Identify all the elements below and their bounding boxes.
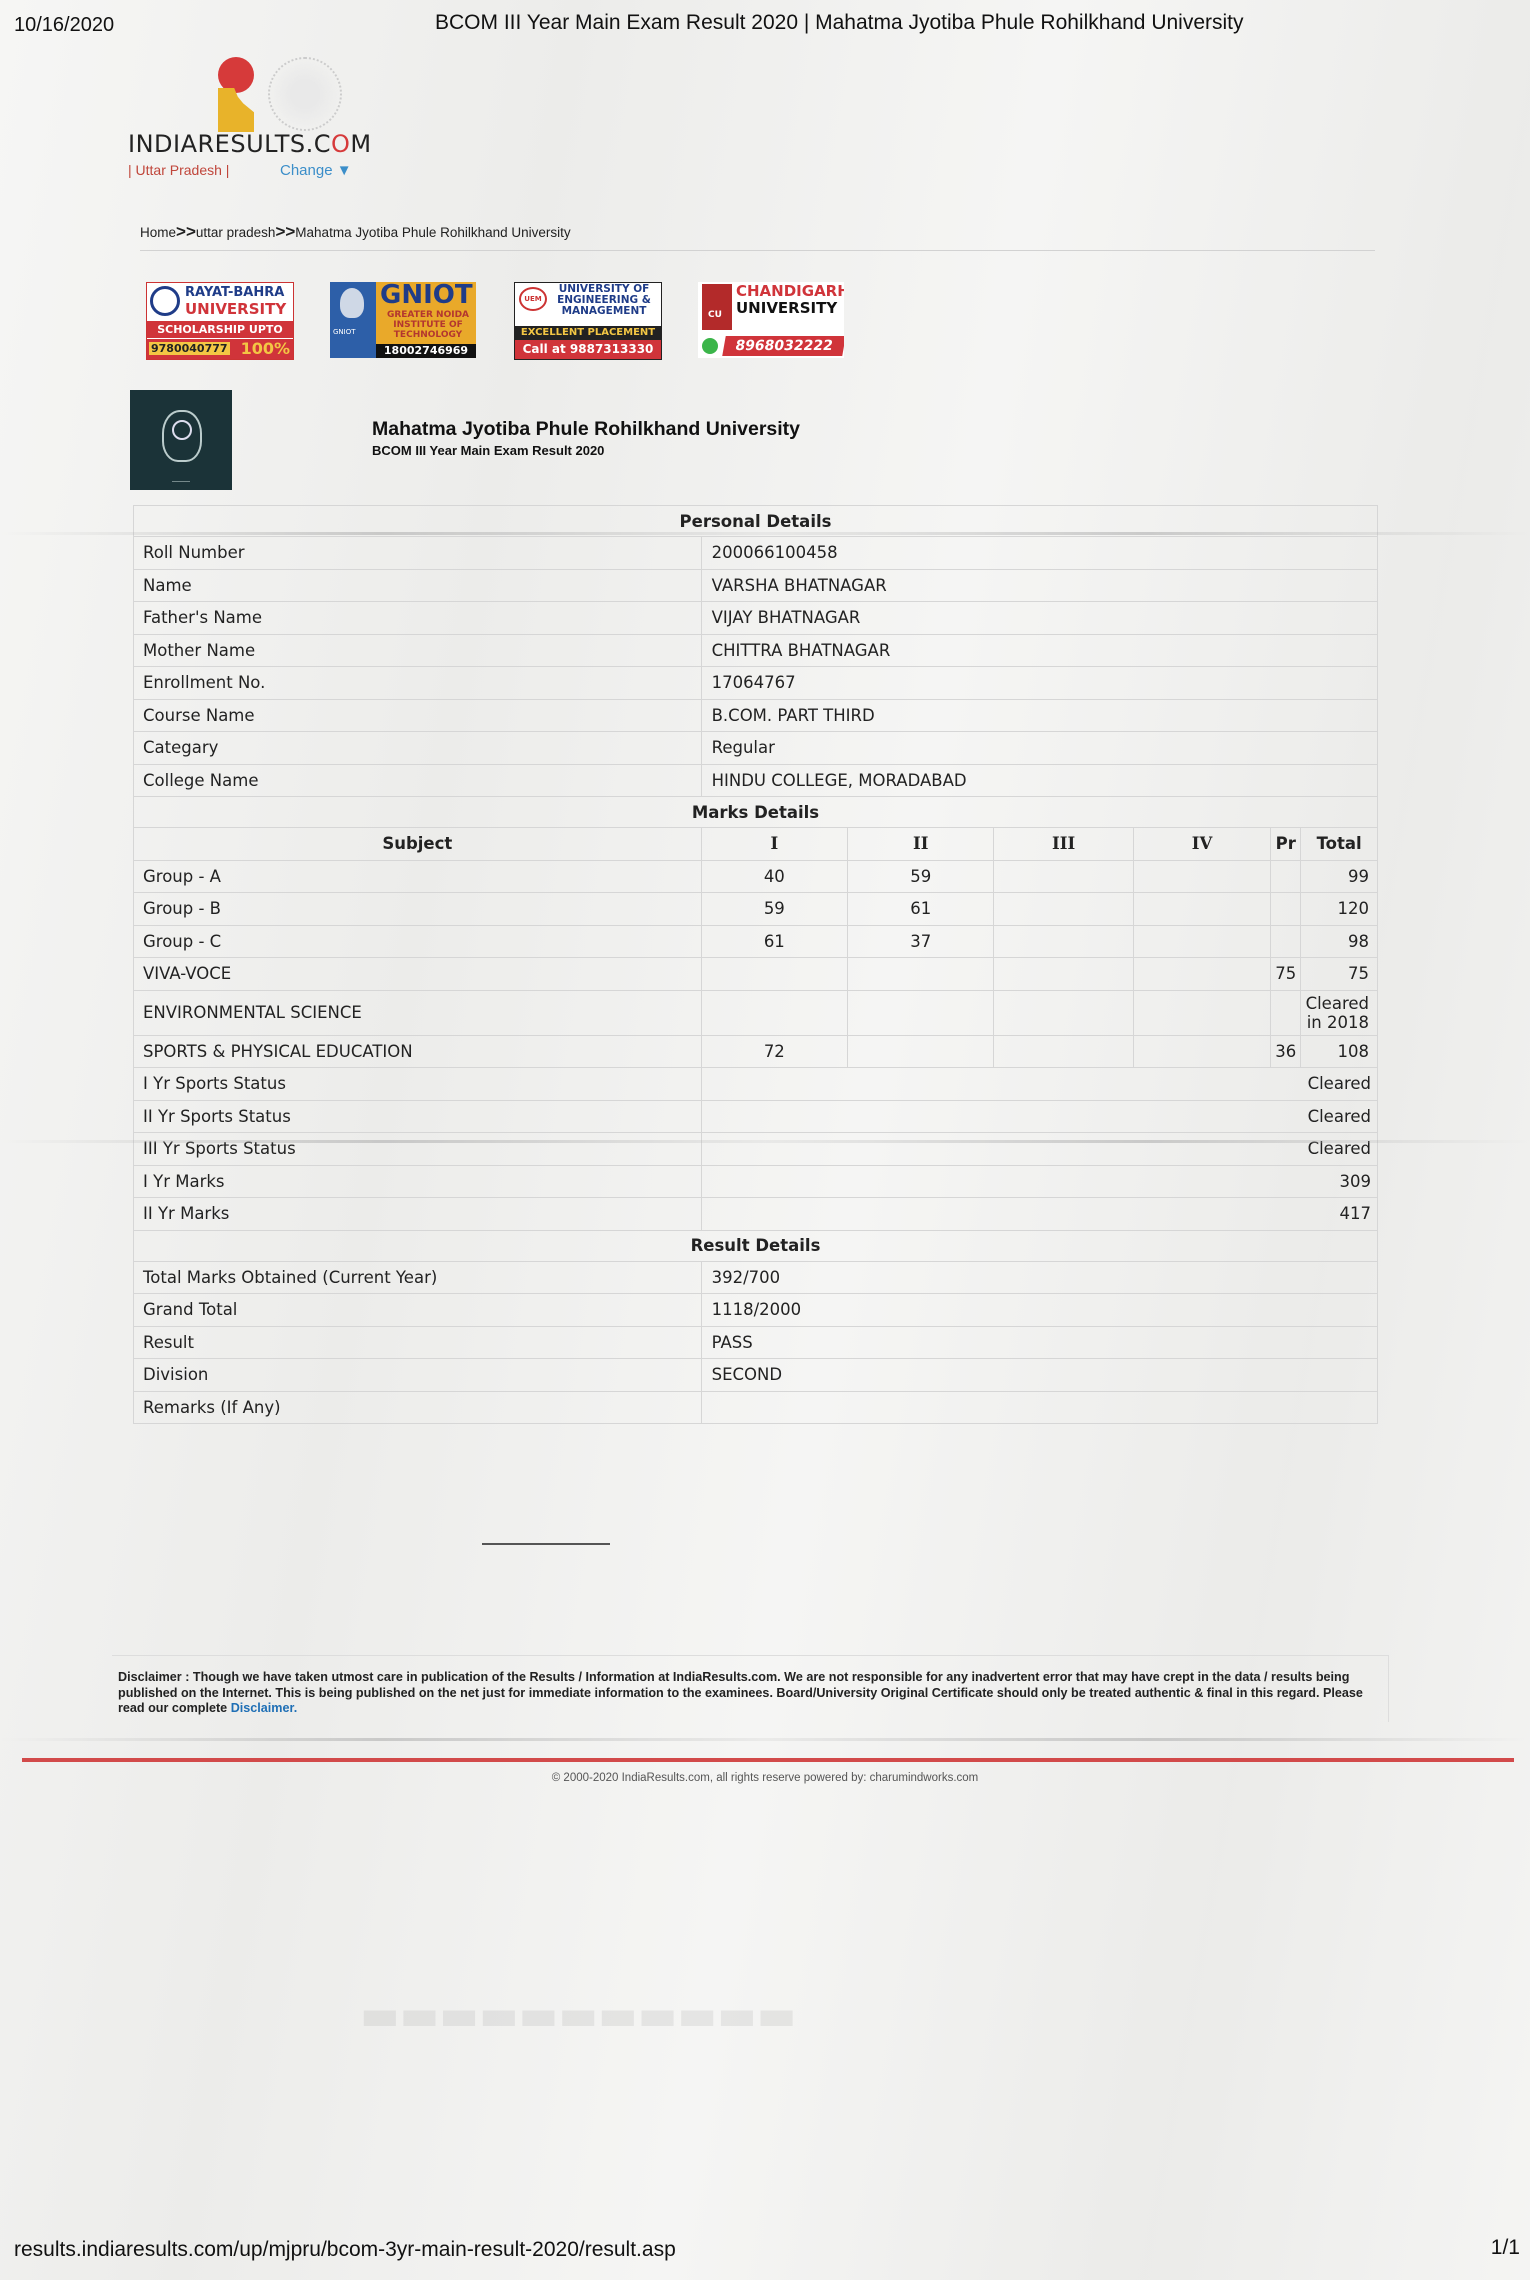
section-header-marks: Marks Details	[134, 797, 1378, 828]
marks-row: SPORTS & PHYSICAL EDUCATION7236108	[134, 1035, 1378, 1068]
result-row: DivisionSECOND	[134, 1359, 1378, 1392]
ad-phone: Call at 9887313330	[515, 340, 661, 359]
ad-chandigarh-university[interactable]: CHANDIGARH UNIVERSITY 8968032222	[698, 282, 844, 358]
logo-bar-icon	[218, 88, 254, 132]
result-value: 392/700	[701, 1261, 1377, 1294]
paper-fold	[0, 1738, 1530, 1741]
section-title: Result Details	[134, 1230, 1378, 1261]
signature-line	[482, 1543, 610, 1545]
divider	[140, 250, 1375, 251]
section-title: Marks Details	[134, 797, 1378, 828]
mark-ii	[848, 1035, 994, 1068]
mark-ii: 59	[848, 860, 994, 893]
mark-i: 40	[701, 860, 847, 893]
mark-i	[701, 990, 847, 1035]
university-title: Mahatma Jyotiba Phule Rohilkhand Univers…	[372, 418, 800, 441]
result-row: Remarks (If Any)	[134, 1391, 1378, 1424]
marks-row: Group - A405999	[134, 860, 1378, 893]
status-value: Cleared	[701, 1100, 1377, 1133]
field-label: Course Name	[134, 699, 702, 732]
marks-row: Group - C613798	[134, 925, 1378, 958]
personal-row: NameVARSHA BHATNAGAR	[134, 569, 1378, 602]
ad-uem[interactable]: UEM UNIVERSITY OF ENGINEERING & MANAGEME…	[514, 282, 662, 360]
status-row: I Yr Sports StatusCleared	[134, 1068, 1378, 1101]
show-through-stamp: ▬▬▬▬▬▬▬▬▬▬▬	[360, 1990, 797, 2039]
result-table: Personal Details Roll Number200066100458…	[133, 505, 1378, 1424]
mark-iv	[1133, 958, 1270, 991]
mark-total: 75	[1301, 958, 1378, 991]
logo-text-part: INDIARESULTS.C	[128, 130, 331, 158]
field-value: HINDU COLLEGE, MORADABAD	[701, 764, 1377, 797]
result-row: ResultPASS	[134, 1326, 1378, 1359]
footer-divider	[22, 1758, 1514, 1762]
breadcrumb-university[interactable]: Mahatma Jyotiba Phule Rohilkhand Univers…	[295, 225, 570, 240]
mark-iii	[994, 1035, 1133, 1068]
ad-side-panel: GNIOT	[330, 282, 376, 358]
col-total: Total	[1301, 828, 1378, 861]
marks-status: I Yr Sports StatusClearedII Yr Sports St…	[134, 1068, 1378, 1231]
ad-title: GNIOT	[380, 282, 473, 310]
result-details: Total Marks Obtained (Current Year)392/7…	[134, 1261, 1378, 1424]
mark-pr	[1271, 860, 1301, 893]
result-value: PASS	[701, 1326, 1377, 1359]
result-row: Total Marks Obtained (Current Year)392/7…	[134, 1261, 1378, 1294]
field-value: B.COM. PART THIRD	[701, 699, 1377, 732]
field-value: CHITTRA BHATNAGAR	[701, 634, 1377, 667]
subject-name: Group - B	[134, 893, 702, 926]
breadcrumb: Home>>uttar pradesh>>Mahatma Jyotiba Phu…	[140, 222, 571, 242]
mark-iii	[994, 958, 1133, 991]
print-title: BCOM III Year Main Exam Result 2020 | Ma…	[435, 11, 1244, 35]
ad-title: CHANDIGARH	[736, 282, 844, 300]
col-ii: II	[848, 828, 994, 861]
mark-pr	[1271, 990, 1301, 1035]
field-label: Roll Number	[134, 537, 702, 570]
personal-row: Enrollment No.17064767	[134, 667, 1378, 700]
logo-text-part: M	[350, 130, 371, 158]
field-value: 200066100458	[701, 537, 1377, 570]
mark-iii	[994, 893, 1133, 926]
result-label: Result	[134, 1326, 702, 1359]
col-iv: IV	[1133, 828, 1270, 861]
subject-name: VIVA-VOCE	[134, 958, 702, 991]
personal-details: Roll Number200066100458NameVARSHA BHATNA…	[134, 537, 1378, 797]
result-value	[701, 1391, 1377, 1424]
status-row: II Yr Marks417	[134, 1198, 1378, 1231]
breadcrumb-separator: >>	[176, 222, 196, 241]
status-value: Cleared	[701, 1068, 1377, 1101]
logo-sun-icon	[218, 57, 254, 93]
breadcrumb-home[interactable]: Home	[140, 225, 176, 240]
ad-phone: 18002746969	[376, 344, 476, 358]
subject-name: ENVIRONMENTAL SCIENCE	[134, 990, 702, 1035]
field-label: Name	[134, 569, 702, 602]
ad-badge: 100%	[241, 339, 290, 358]
wheel-emblem-icon	[162, 410, 202, 462]
mark-pr	[1271, 925, 1301, 958]
field-value: 17064767	[701, 667, 1377, 700]
field-label: Mother Name	[134, 634, 702, 667]
indiaresults-logo[interactable]: INDIARESULTS.COM | Uttar Pradesh | Chang…	[128, 52, 368, 182]
ad-rayat-bahra[interactable]: RAYAT-BAHRA UNIVERSITY SCHOLARSHIP UPTO …	[146, 282, 294, 360]
marks-column-headers: Subject I II III IV Pr Total	[134, 828, 1378, 861]
marks-details: Group - A405999Group - B5961120Group - C…	[134, 860, 1378, 1068]
section-header-personal: Personal Details	[134, 506, 1378, 537]
result-label: Total Marks Obtained (Current Year)	[134, 1261, 702, 1294]
university-seal-icon	[150, 286, 180, 316]
disclaimer-link[interactable]: Disclaimer.	[231, 1701, 298, 1715]
result-label: Remarks (If Any)	[134, 1391, 702, 1424]
copyright: © 2000-2020 IndiaResults.com, all rights…	[0, 1772, 1530, 1784]
ad-subtitle: GREATER NOIDA INSTITUTE OF TECHNOLOGY	[380, 310, 476, 340]
field-value: VARSHA BHATNAGAR	[701, 569, 1377, 602]
uem-seal-icon: UEM	[519, 287, 547, 311]
col-pr: Pr	[1271, 828, 1301, 861]
ad-gniot[interactable]: GNIOT GNIOT GREATER NOIDA INSTITUTE OF T…	[330, 282, 476, 358]
emblem-icon	[340, 288, 364, 318]
emblem-caption: ⎯⎯⎯⎯⎯⎯	[130, 479, 232, 486]
print-date: 10/16/2020	[14, 14, 114, 37]
mark-ii	[848, 958, 994, 991]
ad-title: UNIVERSITY OF ENGINEERING & MANAGEMENT	[549, 284, 659, 317]
exam-subtitle: BCOM III Year Main Exam Result 2020	[372, 443, 604, 458]
status-label: II Yr Marks	[134, 1198, 702, 1231]
marks-row: Group - B5961120	[134, 893, 1378, 926]
ad-phone: 8968032222	[722, 336, 844, 356]
field-label: Father's Name	[134, 602, 702, 635]
personal-row: Mother NameCHITTRA BHATNAGAR	[134, 634, 1378, 667]
ad-tagline: SCHOLARSHIP UPTO	[147, 321, 293, 338]
col-subject: Subject	[134, 828, 702, 861]
state-label: | Uttar Pradesh |	[128, 162, 229, 178]
marks-row: ENVIRONMENTAL SCIENCECleared in 2018	[134, 990, 1378, 1035]
mark-iv	[1133, 990, 1270, 1035]
mark-total: 99	[1301, 860, 1378, 893]
mark-iii	[994, 925, 1133, 958]
ad-tagline: EXCELLENT PLACEMENT	[515, 326, 661, 340]
mark-ii: 61	[848, 893, 994, 926]
status-label: I Yr Sports Status	[134, 1068, 702, 1101]
ad-footer: 9780040777100%	[147, 339, 293, 359]
field-value: Regular	[701, 732, 1377, 765]
marks-row: VIVA-VOCE7575	[134, 958, 1378, 991]
personal-row: CategaryRegular	[134, 732, 1378, 765]
disclaimer: Disclaimer : Though we have taken utmost…	[118, 1670, 1388, 1717]
status-label: I Yr Marks	[134, 1165, 702, 1198]
cu-emblem-icon	[702, 284, 732, 330]
ad-title: RAYAT-BAHRA	[185, 285, 284, 300]
mark-iii	[994, 860, 1133, 893]
result-value: SECOND	[701, 1359, 1377, 1392]
mark-i: 61	[701, 925, 847, 958]
mark-i	[701, 958, 847, 991]
status-value: 417	[701, 1198, 1377, 1231]
print-page-number: 1/1	[1491, 2236, 1520, 2260]
mark-iii	[994, 990, 1133, 1035]
personal-row: Course NameB.COM. PART THIRD	[134, 699, 1378, 732]
mark-total: 108	[1301, 1035, 1378, 1068]
subject-name: Group - C	[134, 925, 702, 958]
status-row: I Yr Marks309	[134, 1165, 1378, 1198]
disclaimer-text: Disclaimer : Though we have taken utmost…	[118, 1670, 1363, 1715]
field-label: Enrollment No.	[134, 667, 702, 700]
field-label: Categary	[134, 732, 702, 765]
status-label: III Yr Sports Status	[134, 1133, 702, 1166]
col-iii: III	[994, 828, 1133, 861]
subject-name: Group - A	[134, 860, 702, 893]
print-url: results.indiaresults.com/up/mjpru/bcom-3…	[14, 2238, 676, 2262]
mark-i: 59	[701, 893, 847, 926]
mark-total: 120	[1301, 893, 1378, 926]
section-header-result: Result Details	[134, 1230, 1378, 1261]
ad-side-label: GNIOT	[333, 328, 356, 336]
mark-i: 72	[701, 1035, 847, 1068]
section-title: Personal Details	[134, 506, 1378, 537]
ad-phone: 9780040777	[149, 342, 230, 355]
status-label: II Yr Sports Status	[134, 1100, 702, 1133]
university-emblem: ⎯⎯⎯⎯⎯⎯	[130, 390, 232, 490]
result-row: Grand Total1118/2000	[134, 1294, 1378, 1327]
mark-total: Cleared in 2018	[1301, 990, 1378, 1035]
mark-pr: 36	[1271, 1035, 1301, 1068]
status-value: Cleared	[701, 1133, 1377, 1166]
change-state-link[interactable]: Change ▼	[280, 162, 352, 179]
status-row: II Yr Sports StatusCleared	[134, 1100, 1378, 1133]
mark-iv	[1133, 893, 1270, 926]
state-map-icon	[268, 57, 342, 131]
mark-pr: 75	[1271, 958, 1301, 991]
result-label: Grand Total	[134, 1294, 702, 1327]
field-value: VIJAY BHATNAGAR	[701, 602, 1377, 635]
logo-text-o: O	[331, 130, 350, 158]
status-row: III Yr Sports StatusCleared	[134, 1133, 1378, 1166]
result-label: Division	[134, 1359, 702, 1392]
mark-ii: 37	[848, 925, 994, 958]
mark-pr	[1271, 893, 1301, 926]
field-label: College Name	[134, 764, 702, 797]
mark-iv	[1133, 860, 1270, 893]
result-value: 1118/2000	[701, 1294, 1377, 1327]
status-value: 309	[701, 1165, 1377, 1198]
breadcrumb-state[interactable]: uttar pradesh	[196, 225, 276, 240]
personal-row: Roll Number200066100458	[134, 537, 1378, 570]
ad-subtitle: UNIVERSITY	[185, 300, 286, 318]
col-i: I	[701, 828, 847, 861]
personal-row: Father's NameVIJAY BHATNAGAR	[134, 602, 1378, 635]
logo-text: INDIARESULTS.COM	[128, 130, 372, 158]
mark-iv	[1133, 925, 1270, 958]
breadcrumb-separator: >>	[275, 222, 295, 241]
mark-iv	[1133, 1035, 1270, 1068]
personal-row: College NameHINDU COLLEGE, MORADABAD	[134, 764, 1378, 797]
mark-ii	[848, 990, 994, 1035]
subject-name: SPORTS & PHYSICAL EDUCATION	[134, 1035, 702, 1068]
ad-subtitle: UNIVERSITY	[736, 299, 837, 317]
whatsapp-icon	[702, 338, 718, 354]
mark-total: 98	[1301, 925, 1378, 958]
